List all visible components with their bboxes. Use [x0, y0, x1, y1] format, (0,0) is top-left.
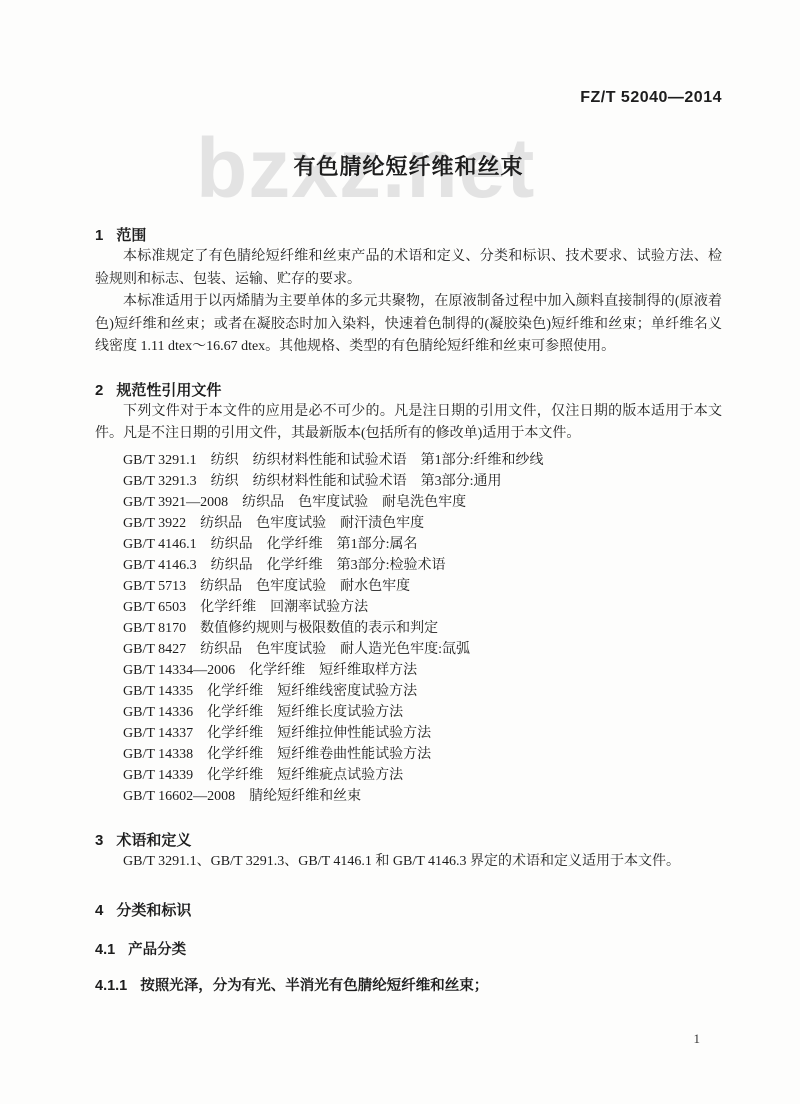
- reference-item: GB/T 3922 纺织品 色牢度试验 耐汗渍色牢度: [95, 513, 722, 534]
- section-number: 1: [95, 227, 103, 244]
- reference-item: GB/T 3291.1 纺织 纺织材料性能和试验术语 第1部分:纤维和纱线: [95, 450, 722, 471]
- clause-411: 4.1.1按照光泽，分为有光、半消光有色腈纶短纤维和丝束；: [95, 976, 722, 996]
- reference-item: GB/T 14336 化学纤维 短纤维长度试验方法: [95, 702, 722, 723]
- reference-item: GB/T 3291.3 纺织 纺织材料性能和试验术语 第3部分:通用: [95, 471, 722, 492]
- reference-item: GB/T 14334—2006 化学纤维 短纤维取样方法: [95, 660, 722, 681]
- section-heading-text: 规范性引用文件: [116, 382, 221, 399]
- section-classification-heading: 4分类和标识: [95, 901, 722, 921]
- clause-text: 按照光泽，分为有光、半消光有色腈纶短纤维和丝束；: [140, 978, 488, 994]
- clause-number: 4.1.1: [95, 978, 127, 994]
- subsection-number: 4.1: [95, 942, 115, 958]
- section-heading-text: 范围: [116, 227, 146, 244]
- document-page: bzxz.net FZ/T 52040—2014 有色腈纶短纤维和丝束 1范围 …: [0, 0, 800, 1104]
- section-number: 4: [95, 902, 103, 919]
- section-scope-heading: 1范围: [95, 226, 722, 246]
- section-terms-heading: 3术语和定义: [95, 831, 722, 851]
- reference-item: GB/T 14335 化学纤维 短纤维线密度试验方法: [95, 681, 722, 702]
- reference-item: GB/T 14337 化学纤维 短纤维拉伸性能试验方法: [95, 723, 722, 744]
- section-number: 2: [95, 382, 103, 399]
- reference-item: GB/T 4146.3 纺织品 化学纤维 第3部分:检验术语: [95, 555, 722, 576]
- section-number: 3: [95, 832, 103, 849]
- reference-item: GB/T 16602—2008 腈纶短纤维和丝束: [95, 786, 722, 807]
- terms-paragraph: GB/T 3291.1、GB/T 3291.3、GB/T 4146.1 和 GB…: [95, 851, 722, 874]
- section-heading-text: 分类和标识: [116, 902, 191, 919]
- reference-item: GB/T 8170 数值修约规则与极限数值的表示和判定: [95, 618, 722, 639]
- standard-code: FZ/T 52040—2014: [95, 88, 722, 108]
- reference-item: GB/T 3921—2008 纺织品 色牢度试验 耐皂洗色牢度: [95, 492, 722, 513]
- scope-paragraph-1: 本标准规定了有色腈纶短纤维和丝束产品的术语和定义、分类和标识、技术要求、试验方法…: [95, 246, 722, 291]
- document-title: 有色腈纶短纤维和丝束: [95, 152, 722, 182]
- page-number: 1: [694, 1032, 701, 1046]
- reference-list: GB/T 3291.1 纺织 纺织材料性能和试验术语 第1部分:纤维和纱线 GB…: [95, 450, 722, 807]
- page-content: FZ/T 52040—2014 有色腈纶短纤维和丝束 1范围 本标准规定了有色腈…: [0, 0, 800, 996]
- references-intro-paragraph: 下列文件对于本文件的应用是必不可少的。凡是注日期的引用文件，仅注日期的版本适用于…: [95, 401, 722, 446]
- reference-item: GB/T 6503 化学纤维 回潮率试验方法: [95, 597, 722, 618]
- reference-item: GB/T 4146.1 纺织品 化学纤维 第1部分:属名: [95, 534, 722, 555]
- reference-item: GB/T 14338 化学纤维 短纤维卷曲性能试验方法: [95, 744, 722, 765]
- section-heading-text: 术语和定义: [116, 832, 191, 849]
- reference-item: GB/T 8427 纺织品 色牢度试验 耐人造光色牢度:氙弧: [95, 639, 722, 660]
- section-references-heading: 2规范性引用文件: [95, 381, 722, 401]
- scope-paragraph-2: 本标准适用于以丙烯腈为主要单体的多元共聚物，在原液制备过程中加入颜料直接制得的(…: [95, 291, 722, 359]
- subsection-product-classification-heading: 4.1产品分类: [95, 940, 722, 960]
- reference-item: GB/T 5713 纺织品 色牢度试验 耐水色牢度: [95, 576, 722, 597]
- subsection-heading-text: 产品分类: [128, 942, 186, 958]
- reference-item: GB/T 14339 化学纤维 短纤维疵点试验方法: [95, 765, 722, 786]
